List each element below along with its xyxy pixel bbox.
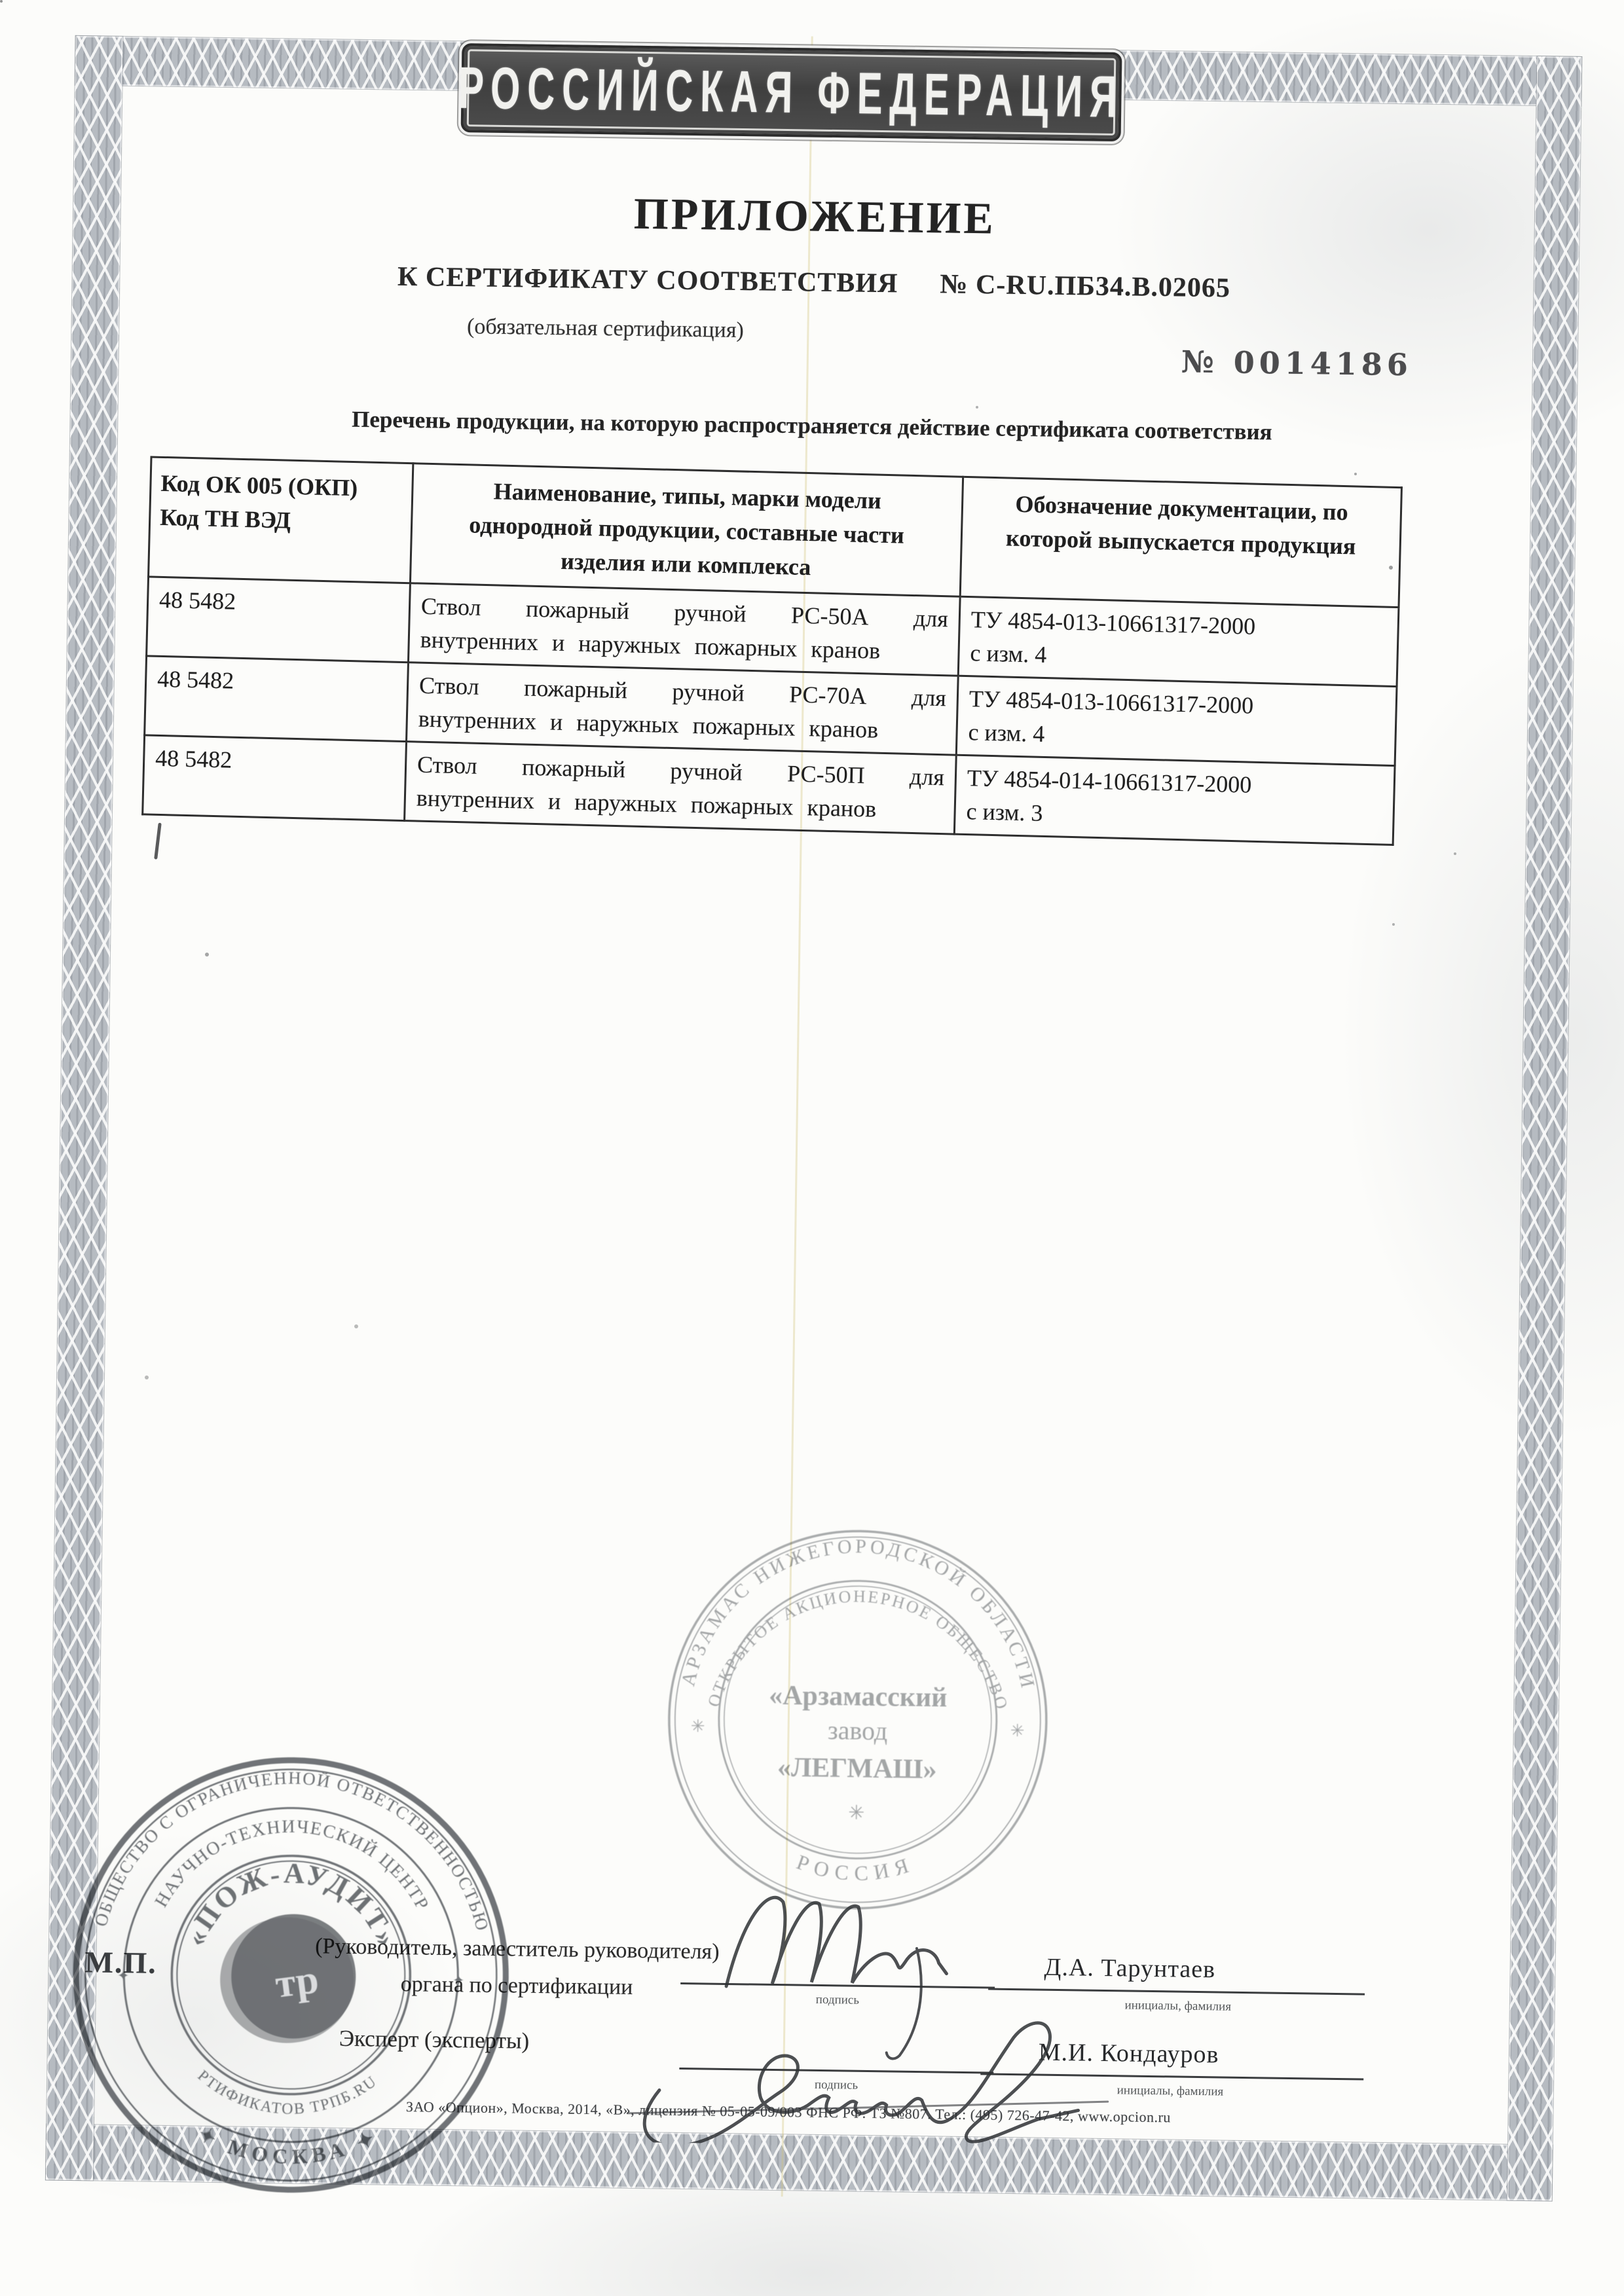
document-title: ПРИЛОЖЕНИЕ [43, 179, 1586, 253]
name-line-1 [988, 1988, 1365, 1995]
country-banner-label: РОССИЙСКАЯ ФЕДЕРАЦИЯ [458, 54, 1125, 131]
certifier-stamp-left-star: ✦ [117, 1967, 130, 1984]
factory-stamp: АРЗАМАС НИЖЕГОРОДСКОЙ ОБЛАСТИ ОТКРЫТОЕ А… [659, 1521, 1057, 1919]
pen-mark [154, 823, 162, 860]
factory-stamp-center-line1: «Арзамасский [769, 1681, 948, 1713]
products-table: Код ОК 005 (ОКП) Код ТН ВЭД Наименование… [141, 456, 1403, 846]
signature-2 [619, 1992, 1119, 2149]
certifier-stamp-outer-top-text: ОБЩЕСТВО С ОГРАНИЧЕННОЙ ОТВЕТСТВЕННОСТЬЮ [90, 1765, 495, 1934]
cell-name: Ствол пожарный ручной РС-50А для внутрен… [408, 583, 960, 676]
cell-doc: ТУ 4854-014-10661317-2000 с изм. 3 [954, 755, 1395, 845]
cell-name: Ствол пожарный ручной РС-50П для внутрен… [405, 742, 957, 834]
product-list-intro: Перечень продукции, на которую распростр… [119, 403, 1504, 449]
certificate-number: № C-RU.ПБ34.В.02065 [940, 268, 1230, 304]
country-banner: РОССИЙСКАЯ ФЕДЕРАЦИЯ [461, 43, 1122, 141]
certifier-stamp-right-star: ✦ [452, 1972, 465, 1988]
col-header-name: Наименование, типы, марки модели однород… [410, 464, 963, 596]
col-header-code: Код ОК 005 (ОКП) Код ТН ВЭД [149, 457, 413, 583]
factory-stamp-right-star: ✳ [1010, 1721, 1025, 1740]
head-name: Д.А. Тарунтаев [1044, 1953, 1215, 1984]
cell-code: 48 5482 [145, 656, 409, 742]
factory-stamp-center-line3: «ЛЕГМАШ» [777, 1753, 937, 1785]
certificate-subtitle-label: К СЕРТИФИКАТУ СООТВЕТСТВИЯ [397, 261, 898, 300]
document-subtitle: К СЕРТИФИКАТУ СООТВЕТСТВИЯ № C-RU.ПБ34.В… [43, 256, 1585, 309]
certificate-sheet: РОССИЙСКАЯ ФЕДЕРАЦИЯ ПРИЛОЖЕНИЕ К СЕРТИФ… [16, 26, 1589, 2208]
cell-name: Ствол пожарный ручной РС-70А для внутрен… [407, 663, 959, 755]
certificate-annex-page: РОССИЙСКАЯ ФЕДЕРАЦИЯ ПРИЛОЖЕНИЕ К СЕРТИФ… [0, 0, 1624, 2296]
certifier-stamp-center-mark: тр [273, 1957, 322, 2007]
certifier-stamp: тр ОБЩЕСТВО С ОГРАНИЧЕННОЙ ОТВЕТСТВЕННОС… [65, 1749, 517, 2200]
factory-stamp-center-line2: завод [828, 1715, 888, 1745]
scan-specks [0, 0, 3, 3]
cell-code: 48 5482 [147, 577, 411, 663]
cell-doc: ТУ 4854-013-10661317-2000 с изм. 4 [958, 596, 1399, 686]
col-header-doc: Обозначение документации, по которой вып… [960, 477, 1401, 607]
products-table-wrap: Код ОК 005 (ОКП) Код ТН ВЭД Наименование… [141, 456, 1401, 846]
cell-code: 48 5482 [143, 735, 407, 821]
border-band-right [1507, 56, 1582, 2201]
form-number: № 0014186 [1181, 344, 1412, 382]
factory-stamp-left-star: ✳ [691, 1717, 705, 1736]
cell-doc: ТУ 4854-013-10661317-2000 с изм. 4 [956, 676, 1397, 765]
factory-stamp-star: ✳ [848, 1802, 865, 1824]
svg-text:ОБЩЕСТВО С ОГРАНИЧЕННОЙ ОТВЕТС: ОБЩЕСТВО С ОГРАНИЧЕННОЙ ОТВЕТСТВЕННОСТЬЮ [90, 1765, 495, 1934]
